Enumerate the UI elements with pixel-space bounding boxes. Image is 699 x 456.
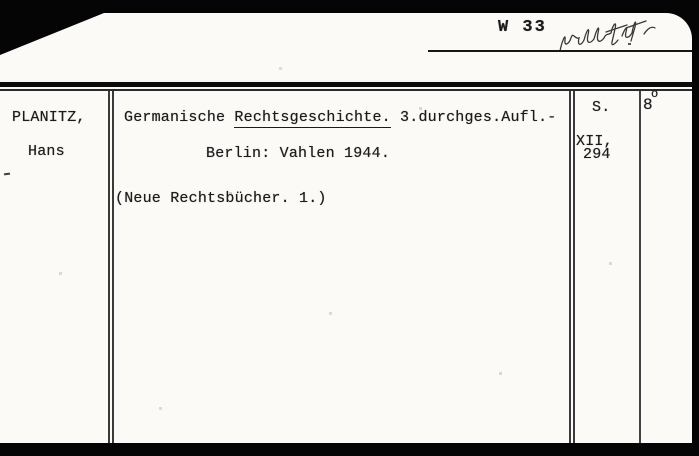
ink-dash-artifact <box>4 173 10 176</box>
author-surname: PLANITZ, <box>12 109 86 127</box>
collation-arabic-pages: 294 <box>583 146 611 164</box>
header-underline-rule <box>428 50 692 52</box>
ink-speck <box>628 43 631 45</box>
title-line: Germanische Rechtsgeschichte. 3.durchges… <box>124 109 557 127</box>
handwritten-annotation <box>553 13 671 64</box>
horizontal-rule-thick <box>0 82 692 87</box>
author-forename: Hans <box>28 143 65 161</box>
title-underlined: Rechtsgeschichte. <box>234 109 390 128</box>
column-divider-collation-left <box>569 91 571 443</box>
column-divider-format <box>639 91 641 443</box>
column-divider-author-right <box>112 91 114 443</box>
catalog-card: W 33 PLANITZ, Hans Germanische Rechtsges… <box>0 13 692 443</box>
collation-label: S. <box>592 99 610 117</box>
format-size-digit: 8 <box>643 96 653 115</box>
scan-corner-shadow <box>0 13 104 55</box>
title-prefix: Germanische <box>124 109 234 126</box>
title-suffix: 3.durchges.Aufl.- <box>391 109 557 126</box>
horizontal-rule-thin <box>0 89 692 91</box>
column-divider-collation-right <box>573 91 575 443</box>
call-number: W 33 <box>498 18 547 38</box>
imprint: Berlin: Vahlen 1944. <box>206 145 390 163</box>
scan-noise <box>0 13 1 14</box>
series-note: (Neue Rechtsbücher. 1.) <box>115 190 327 208</box>
column-divider-author-left <box>108 91 110 443</box>
